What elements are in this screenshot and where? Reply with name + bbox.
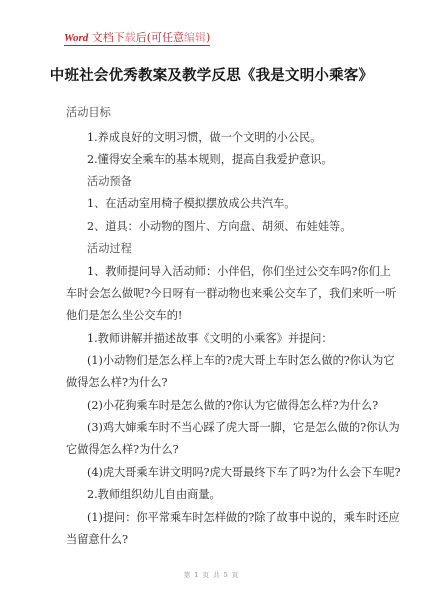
word-label: Word bbox=[64, 32, 88, 44]
section-heading-preparation: 活动预备 bbox=[87, 175, 132, 189]
paragraph-line: 2.懂得安全乘车的基本规则，提高自我爱护意识。 bbox=[87, 153, 333, 167]
link-text-end: ) bbox=[206, 31, 210, 44]
paragraph-line: 2、道具：小动物的图片、方向盘、胡须、布娃娃等。 bbox=[87, 220, 351, 234]
section-heading-goals: 活动目标 bbox=[66, 106, 111, 120]
paragraph-line: (3)鸡大婶乘车时不当心踩了虎大哥一脚，它是怎么做的?你认为 bbox=[87, 421, 400, 435]
paragraph-line: (1)小动物们是怎么样上车的?虎大哥上车时怎么做的?你认为它 bbox=[87, 354, 395, 368]
paragraph-line: (1)提问：你平常乘车时怎样做的?除了故事中说的，乘车时还应 bbox=[87, 511, 400, 525]
paragraph-line: 1、在活动室用椅子模拟摆放成公共汽车。 bbox=[87, 197, 296, 211]
paragraph-line: (4)虎大哥乘车讲文明吗?虎大哥最终下车了吗?为什么会下车呢? bbox=[87, 466, 401, 480]
section-heading-process: 活动过程 bbox=[87, 242, 132, 256]
download-editable-link[interactable]: Word 文档下载后(可任意编辑) bbox=[64, 31, 210, 46]
document-title: 中班社会优秀教案及教学反思《我是文明小乘客》 bbox=[0, 64, 423, 85]
paragraph-line: 1、教师提问导入活动师：小伴侣，你们坐过公交车吗?你们上 bbox=[87, 265, 391, 279]
paragraph-line: 它做得怎么样?为什么? bbox=[66, 443, 179, 457]
link-text-faded: 编辑 bbox=[184, 31, 206, 44]
link-text-main: 文档下 bbox=[88, 31, 125, 44]
paragraph-line: 2.教师组织幼儿自由商量。 bbox=[87, 488, 221, 502]
paragraph-line: 做得怎么样?为什么? bbox=[66, 376, 168, 390]
paragraph-line: 车时会怎么做呢?今日呀有一群动物也来乘公交车了，我们来听一听 bbox=[66, 287, 396, 301]
paragraph-line: 他们是怎么坐公交车的! bbox=[66, 309, 182, 323]
paragraph-line: 1.教师讲解并描述故事《文明的小乘客》并提问： bbox=[87, 332, 333, 346]
link-text-mid: 后(可任意 bbox=[136, 31, 184, 44]
page-number-footer: 第 1 页 共 5 页 bbox=[0, 570, 423, 579]
paragraph-line: (2)小花狗乘车时是怎么做的?你认为它做得怎么样?为什么? bbox=[87, 399, 378, 413]
paragraph-line: 1.养成良好的文明习惯，做一个文明的小公民。 bbox=[87, 131, 321, 145]
paragraph-line: 当留意什么? bbox=[66, 533, 128, 547]
link-text-faded: 载 bbox=[125, 31, 136, 44]
